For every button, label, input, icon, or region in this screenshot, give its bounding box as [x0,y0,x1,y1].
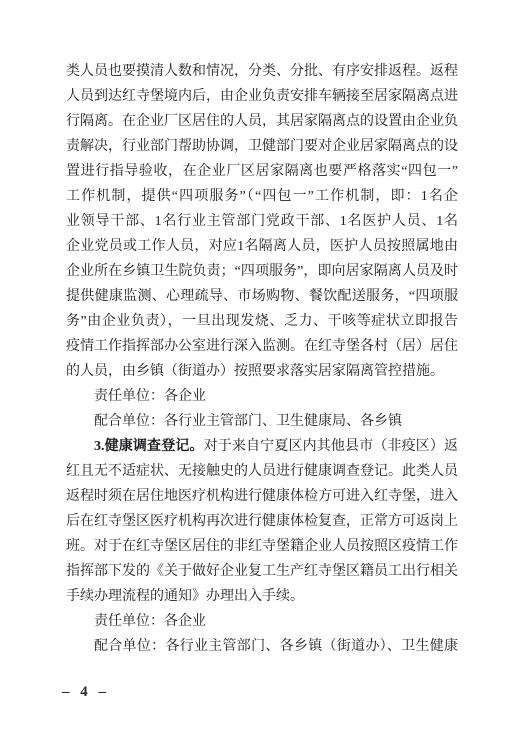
body-text: 务”由企业负责），一旦出现发烧、乏力、干咳等症状立即报告 [66,314,458,329]
text-line: 返程时须在居住地医疗机构进行健康体检方可进入红寺堡，进入 [66,484,458,509]
body-text: 后在红寺堡区医疗机构再次进行健康体检复查，正常方可返岗上 [66,514,458,529]
body-text: 的人员，由乡镇（街道办）按照要求落实居家隔离管控措施。 [66,364,444,379]
body-text: 责任单位：各企业 [94,389,206,404]
text-line: 指挥部下发的《关于做好企业复工生产红寺堡区籍员工出行相关 [66,559,458,584]
body-text: 指挥部下发的《关于做好企业复工生产红寺堡区籍员工出行相关 [66,564,458,579]
document-body: 类人员也要摸清人数和情况，分类、分批、有序安排返程。返程人员到达红寺堡境内后，由… [66,59,458,659]
body-text: 类人员也要摸清人数和情况，分类、分批、有序安排返程。返程 [66,64,458,79]
body-text: 红且无不适症状、无接触史的人员进行健康调查登记。此类人员 [66,464,458,479]
body-text: 责解决，行业部门帮助协调，卫健部门要对企业居家隔离点的设 [66,139,458,154]
body-text: 返程时须在居住地医疗机构进行健康体检方可进入红寺堡，进入 [66,489,458,504]
text-line: 提供健康监测、心理疏导、市场购物、餐饮配送服务，“四项服 [66,284,458,309]
text-line: 班。对于在红寺堡区居住的非红寺堡籍企业人员按照区疫情工作 [66,534,458,559]
text-line: 置进行指导验收，在企业厂区居家隔离也要严格落实“四包一” [66,159,458,184]
body-text: 人员到达红寺堡境内后，由企业负责安排车辆接至居家隔离点进 [66,89,458,104]
body-text: 手续办理流程的通知》办理出入手续。 [66,589,304,604]
text-line: 后在红寺堡区医疗机构再次进行健康体检复查，正常方可返岗上 [66,509,458,534]
body-text: 企业所在乡镇卫生院负责；“四项服务”，即向居家隔离人员及时 [66,264,458,279]
body-text: 提供健康监测、心理疏导、市场购物、餐饮配送服务，“四项服 [66,289,458,304]
body-text: 疫情工作指挥部办公室进行深入监测。在红寺堡各村（居）居住 [66,339,458,354]
text-line: 红且无不适症状、无接触史的人员进行健康调查登记。此类人员 [66,459,458,484]
text-line: 企业党员或工作人员，对应1名隔离人员，医护人员按照属地由 [66,234,458,259]
text-line: 责任单位：各企业 [66,384,458,409]
body-text: 责任单位：各企业 [94,614,206,629]
body-text: 业领导干部、1名行业主管部门党政干部、1名医护人员、1名 [66,214,458,229]
body-text: 行隔离。在企业厂区居住的人员，其居家隔离点的设置由企业负 [66,114,458,129]
text-line: 责任单位：各企业 [66,609,458,634]
text-line: 配合单位：各行业主管部门、各乡镇（街道办）、卫生健康 [66,634,458,659]
text-line: 的人员，由乡镇（街道办）按照要求落实居家隔离管控措施。 [66,359,458,384]
page-number: – 4 – [62,684,107,701]
body-text: 置进行指导验收，在企业厂区居家隔离也要严格落实“四包一” [66,164,458,179]
text-line: 人员到达红寺堡境内后，由企业负责安排车辆接至居家隔离点进 [66,84,458,109]
body-text: 班。对于在红寺堡区居住的非红寺堡籍企业人员按照区疫情工作 [66,539,458,554]
text-line: 责解决，行业部门帮助协调，卫健部门要对企业居家隔离点的设 [66,134,458,159]
text-line: 行隔离。在企业厂区居住的人员，其居家隔离点的设置由企业负 [66,109,458,134]
text-line: 业领导干部、1名行业主管部门党政干部、1名医护人员、1名 [66,209,458,234]
text-line: 疫情工作指挥部办公室进行深入监测。在红寺堡各村（居）居住 [66,334,458,359]
text-line: 工作机制，提供“四项服务”（“四包一”工作机制，即：1名企 [66,184,458,209]
body-text: 企业党员或工作人员，对应1名隔离人员，医护人员按照属地由 [66,239,458,254]
body-text: 配合单位：各行业主管部门、卫生健康局、各乡镇 [94,414,402,429]
body-text: 配合单位：各行业主管部门、各乡镇（街道办）、卫生健康 [94,639,458,654]
document-page: 类人员也要摸清人数和情况，分类、分批、有序安排返程。返程人员到达红寺堡境内后，由… [0,0,525,737]
text-line: 企业所在乡镇卫生院负责；“四项服务”，即向居家隔离人员及时 [66,259,458,284]
text-line: 手续办理流程的通知》办理出入手续。 [66,584,458,609]
section-heading-text: 3.健康调查登记。 [94,439,204,454]
text-line: 类人员也要摸清人数和情况，分类、分批、有序安排返程。返程 [66,59,458,84]
text-line: 配合单位：各行业主管部门、卫生健康局、各乡镇 [66,409,458,434]
body-text: 工作机制，提供“四项服务”（“四包一”工作机制，即：1名企 [66,189,458,204]
text-line: 务”由企业负责），一旦出现发烧、乏力、干咳等症状立即报告 [66,309,458,334]
body-text: 对于来自宁夏区内其他县市（非疫区）返 [204,439,458,454]
text-line: 3.健康调查登记。对于来自宁夏区内其他县市（非疫区）返 [66,434,458,459]
